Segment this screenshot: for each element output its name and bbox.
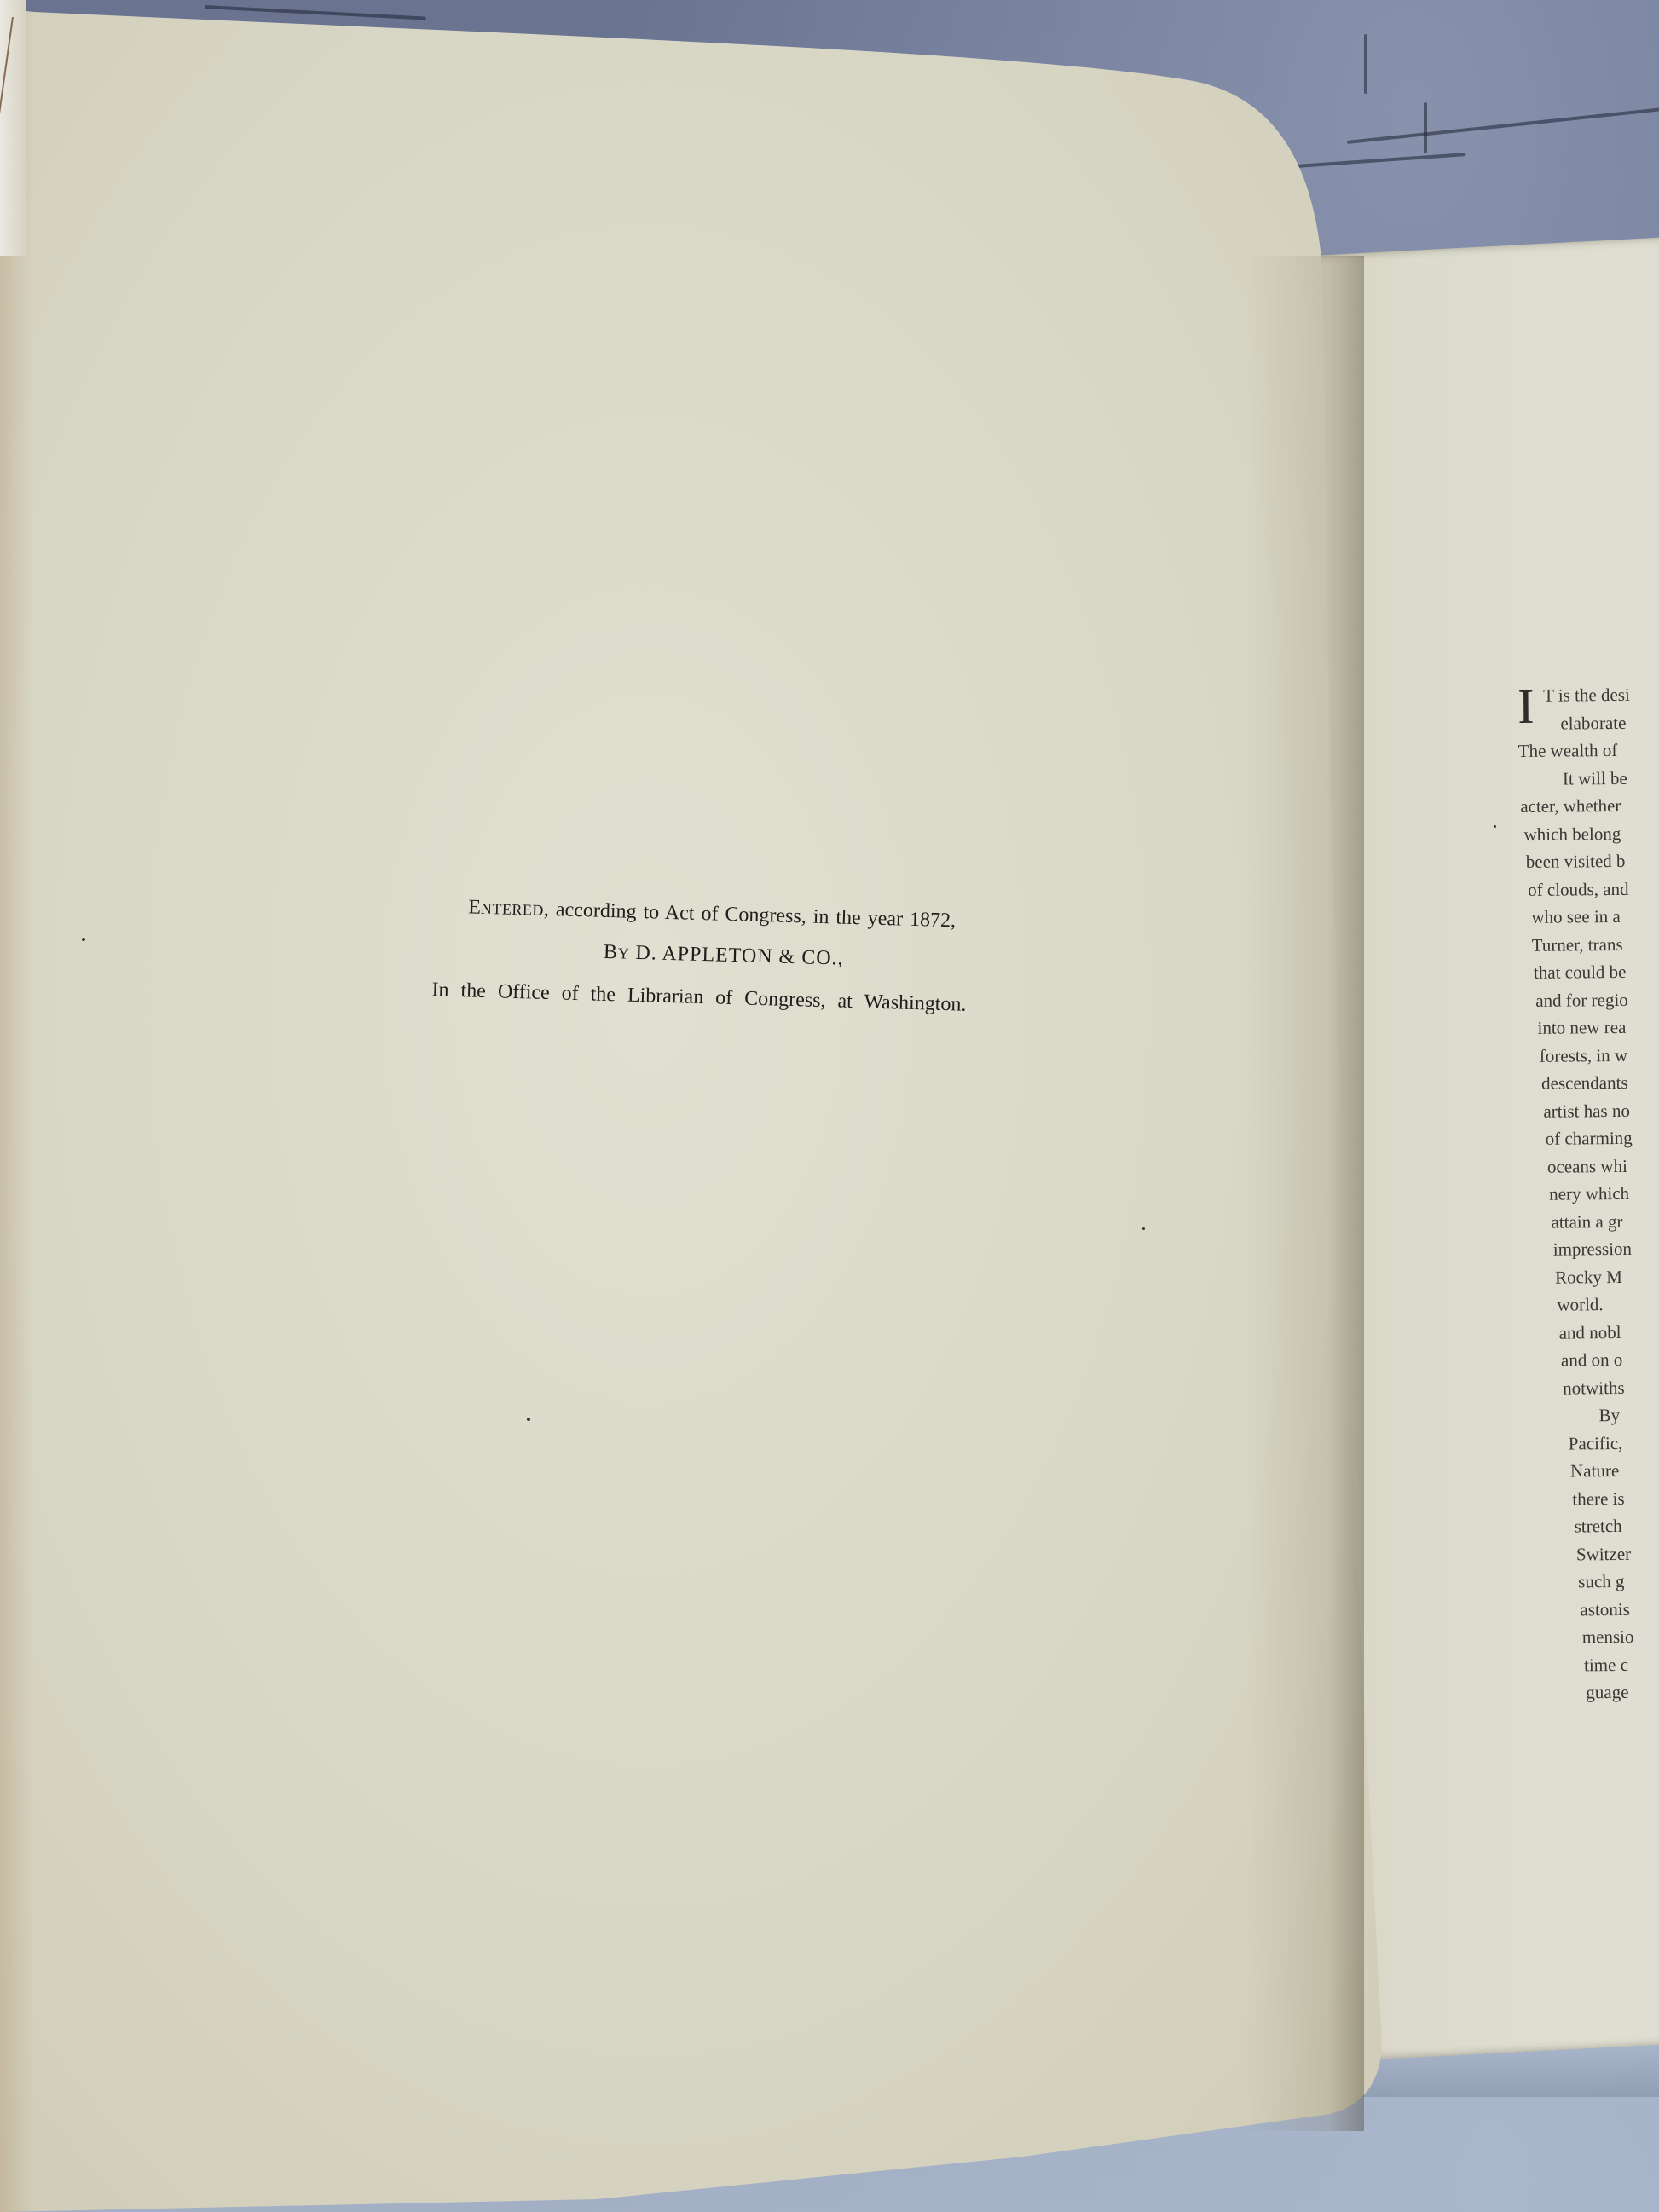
- right-page-text: I T is the desi elaborate The wealth of …: [1517, 680, 1659, 1773]
- text-line: forests, in w: [1521, 1041, 1659, 1070]
- text-line: of charming: [1522, 1123, 1659, 1152]
- previous-page-edge: [0, 0, 26, 256]
- smallcaps-initial: E: [468, 896, 481, 918]
- text-line: artist has no: [1521, 1096, 1659, 1125]
- text-line: By: [1523, 1401, 1659, 1429]
- text-line: T is the desi: [1517, 680, 1659, 709]
- text-line: and nobl: [1523, 1318, 1659, 1347]
- paper-speck: [1142, 1227, 1145, 1230]
- brick-mortar-line: [1364, 34, 1367, 94]
- text-line: time c: [1526, 1650, 1659, 1679]
- text-line: stretch: [1525, 1511, 1659, 1540]
- brick-mortar-line: [1424, 102, 1427, 153]
- brick-mortar-line: [205, 5, 426, 20]
- text-line: elaborate: [1517, 708, 1659, 737]
- text-line: Pacific,: [1524, 1429, 1659, 1458]
- text-line: and on o: [1523, 1345, 1659, 1374]
- text-line: of clouds, and: [1519, 875, 1659, 904]
- text-line: such g: [1525, 1567, 1659, 1596]
- text-line: been visited b: [1519, 846, 1659, 875]
- text-line: world.: [1523, 1290, 1659, 1319]
- paper-speck: [82, 938, 85, 941]
- text-line: nery which: [1522, 1179, 1659, 1208]
- drop-cap: I: [1517, 682, 1535, 731]
- smallcaps-text: Y: [618, 944, 630, 962]
- text-line: who see in a: [1519, 902, 1659, 931]
- smallcaps-initial: B: [604, 941, 619, 963]
- text-line: It will be: [1518, 764, 1659, 793]
- text-line: guage: [1526, 1678, 1659, 1707]
- smallcaps-text: NTERED: [481, 900, 545, 919]
- text-line: notwiths: [1523, 1373, 1659, 1402]
- text-line: and for regio: [1520, 985, 1659, 1014]
- text-line: mensio: [1526, 1622, 1659, 1651]
- paper-speck: [527, 1418, 530, 1421]
- text-line: which belong: [1518, 819, 1659, 848]
- text-line: acter, whether: [1518, 791, 1659, 820]
- text-line: that could be: [1520, 957, 1659, 986]
- text-line: descendants: [1521, 1068, 1659, 1097]
- text-line: astonis: [1525, 1595, 1659, 1624]
- text-line: The wealth of: [1518, 736, 1659, 765]
- paper-speck: [1494, 825, 1496, 828]
- text-line: impression: [1523, 1234, 1659, 1263]
- text-line: Turner, trans: [1520, 930, 1659, 959]
- text-line: into new rea: [1520, 1013, 1659, 1042]
- text-line: attain a gr: [1522, 1207, 1659, 1236]
- text-line: Nature: [1524, 1456, 1659, 1485]
- text-line: oceans whi: [1522, 1152, 1659, 1181]
- left-page: [0, 0, 1441, 2212]
- text-line: there is: [1524, 1484, 1659, 1513]
- text-line: Rocky M: [1523, 1262, 1659, 1291]
- brick-mortar-line: [1347, 107, 1659, 144]
- text-line: Switzer: [1525, 1539, 1659, 1568]
